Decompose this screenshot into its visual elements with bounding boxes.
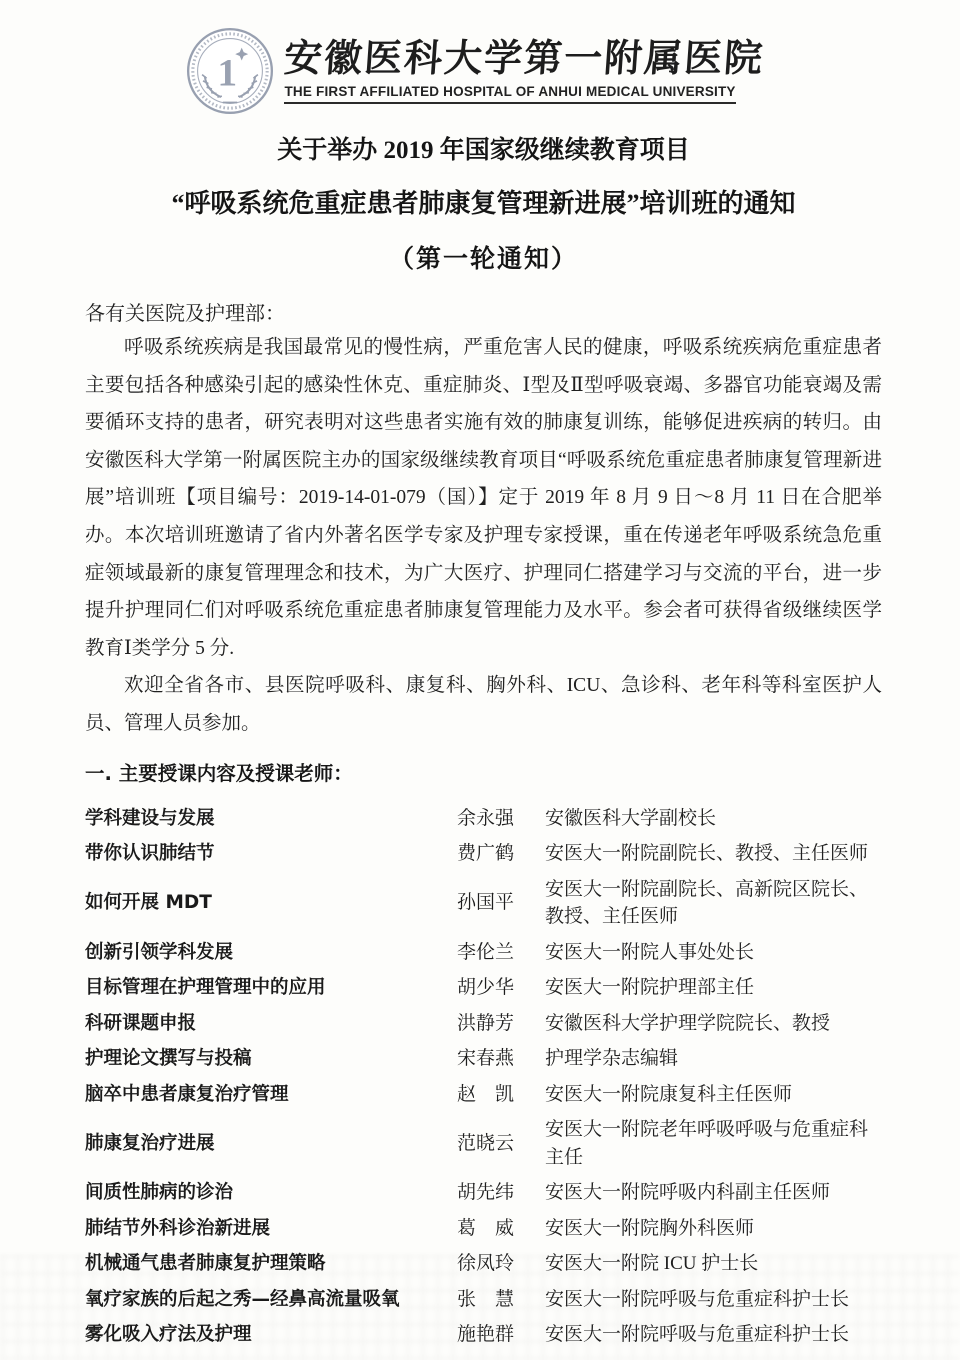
- paragraph-2: 欢迎全省各市、县医院呼吸科、康复科、胸外科、ICU、急诊科、老年科等科室医护人员…: [85, 667, 882, 742]
- hospital-names: 安徽医科大学第一附属医院 THE FIRST AFFILIATED HOSPIT…: [284, 38, 764, 105]
- lecturer-title: 安徽医科大学护理学院院长、教授: [545, 1010, 882, 1038]
- course-topic: 如何开展 MDT: [85, 889, 457, 917]
- course-row: 脑卒中患者康复治疗管理 赵 凯 安医大一附院康复科主任医师: [85, 1077, 882, 1113]
- course-topic: 学科建设与发展: [85, 805, 457, 833]
- lecturer-name: 费广鹤: [457, 840, 545, 868]
- lecturer-title: 安医大一附院呼吸与危重症科护士长: [545, 1286, 882, 1314]
- course-row: 氧疗家族的后起之秀—经鼻高流量吸氧 张 慧 安医大一附院呼吸与危重症科护士长: [85, 1282, 882, 1318]
- course-topic: 护理论文撰写与投稿: [85, 1045, 457, 1073]
- lecturer-title: 安医大一附院呼吸内科副主任医师: [545, 1179, 882, 1207]
- lecturer-name: 洪静芳: [457, 1010, 545, 1038]
- lecturer-title: 安医大一附院胸外科医师: [545, 1215, 882, 1243]
- course-topic: 带你认识肺结节: [85, 840, 457, 868]
- course-topic: 机械通气患者肺康复护理策略: [85, 1250, 457, 1278]
- seal-number: 1: [218, 50, 238, 94]
- lecturer-name: 胡少华: [457, 974, 545, 1002]
- course-row: 肺康复治疗进展 范晓云 安医大一附院老年呼吸呼吸与危重症科主任: [85, 1112, 882, 1175]
- lecturer-name: 李伦兰: [457, 939, 545, 967]
- lecturer-name: 徐凤玲: [457, 1250, 545, 1278]
- course-topic: 脑卒中患者康复治疗管理: [85, 1081, 457, 1109]
- lecturer-title: 安医大一附院呼吸与危重症科护士长: [545, 1321, 882, 1349]
- lecturer-name: 余永强: [457, 805, 545, 833]
- course-topic: 雾化吸入疗法及护理: [85, 1321, 457, 1349]
- lecturer-name: 张 慧: [457, 1286, 545, 1314]
- course-topic: 科研课题申报: [85, 1010, 457, 1038]
- salutation: 各有关医院及护理部：: [85, 297, 882, 326]
- lecturer-title: 安医大一附院人事处处长: [545, 939, 882, 967]
- notice-title-line2: “呼吸系统危重症患者肺康复管理新进展”培训班的通知: [85, 183, 882, 220]
- lecturer-title: 安徽医科大学副校长: [545, 805, 882, 833]
- lecturer-title: 安医大一附院副院长、教授、主任医师: [545, 840, 882, 868]
- lecturer-title: 护理学杂志编辑: [545, 1045, 882, 1073]
- course-row: 学科建设与发展 余永强 安徽医科大学副校长: [85, 801, 882, 837]
- course-topic: 间质性肺病的诊治: [85, 1179, 457, 1207]
- lecturer-name: 范晓云: [457, 1130, 545, 1158]
- lecturer-name: 葛 威: [457, 1215, 545, 1243]
- notice-title-line3: （第一轮通知）: [85, 239, 882, 275]
- lecturer-title: 安医大一附院护理部主任: [545, 974, 882, 1002]
- course-topic: 氧疗家族的后起之秀—经鼻高流量吸氧: [85, 1286, 457, 1314]
- lecturer-title: 安医大一附院副院长、高新院区院长、教授、主任医师: [545, 876, 882, 931]
- scanned-notice-page: 1 安徽医科大学第一附属医院 THE FIRST AFFILIATED HOSP…: [0, 0, 960, 1360]
- course-row: 目标管理在护理管理中的应用 胡少华 安医大一附院护理部主任: [85, 970, 882, 1006]
- course-row: 护理论文撰写与投稿 宋春燕 护理学杂志编辑: [85, 1041, 882, 1077]
- lecturer-title: 安医大一附院 ICU 护士长: [545, 1250, 882, 1278]
- course-row: 肺结节外科诊治新进展 葛 威 安医大一附院胸外科医师: [85, 1211, 882, 1247]
- course-topic: 肺康复治疗进展: [85, 1130, 457, 1158]
- letterhead: 1 安徽医科大学第一附属医院 THE FIRST AFFILIATED HOSP…: [67, 26, 882, 116]
- hospital-seal-icon: 1: [184, 26, 276, 116]
- course-table: 学科建设与发展 余永强 安徽医科大学副校长 带你认识肺结节 费广鹤 安医大一附院…: [85, 801, 882, 1353]
- course-row: 间质性肺病的诊治 胡先纬 安医大一附院呼吸内科副主任医师: [85, 1175, 882, 1211]
- lecturer-name: 施艳群: [457, 1321, 545, 1349]
- hospital-name-en: THE FIRST AFFILIATED HOSPITAL OF ANHUI M…: [284, 84, 735, 104]
- lecturer-title: 安医大一附院康复科主任医师: [545, 1081, 882, 1109]
- course-row: 带你认识肺结节 费广鹤 安医大一附院副院长、教授、主任医师: [85, 836, 882, 872]
- lecturer-title: 安医大一附院老年呼吸呼吸与危重症科主任: [545, 1116, 882, 1171]
- lecturer-name: 赵 凯: [457, 1081, 545, 1109]
- course-row: 机械通气患者肺康复护理策略 徐凤玲 安医大一附院 ICU 护士长: [85, 1246, 882, 1282]
- course-topic: 创新引领学科发展: [85, 939, 457, 967]
- hospital-name-zh: 安徽医科大学第一附属医院: [283, 38, 766, 82]
- paragraph-1: 呼吸系统疾病是我国最常见的慢性病，严重危害人民的健康，呼吸系统疾病危重症患者主要…: [85, 329, 882, 667]
- lecturer-name: 宋春燕: [457, 1045, 545, 1073]
- lecturer-name: 胡先纬: [457, 1179, 545, 1207]
- section-1-heading: 一. 主要授课内容及授课老师：: [85, 758, 882, 786]
- course-topic: 目标管理在护理管理中的应用: [85, 974, 457, 1002]
- course-row: 如何开展 MDT 孙国平 安医大一附院副院长、高新院区院长、教授、主任医师: [85, 872, 882, 935]
- course-row: 创新引领学科发展 李伦兰 安医大一附院人事处处长: [85, 935, 882, 971]
- course-row: 科研课题申报 洪静芳 安徽医科大学护理学院院长、教授: [85, 1006, 882, 1042]
- course-topic: 肺结节外科诊治新进展: [85, 1215, 457, 1243]
- notice-title-line1: 关于举办 2019 年国家级继续教育项目: [85, 130, 882, 166]
- course-row: 雾化吸入疗法及护理 施艳群 安医大一附院呼吸与危重症科护士长: [85, 1317, 882, 1353]
- lecturer-name: 孙国平: [457, 889, 545, 917]
